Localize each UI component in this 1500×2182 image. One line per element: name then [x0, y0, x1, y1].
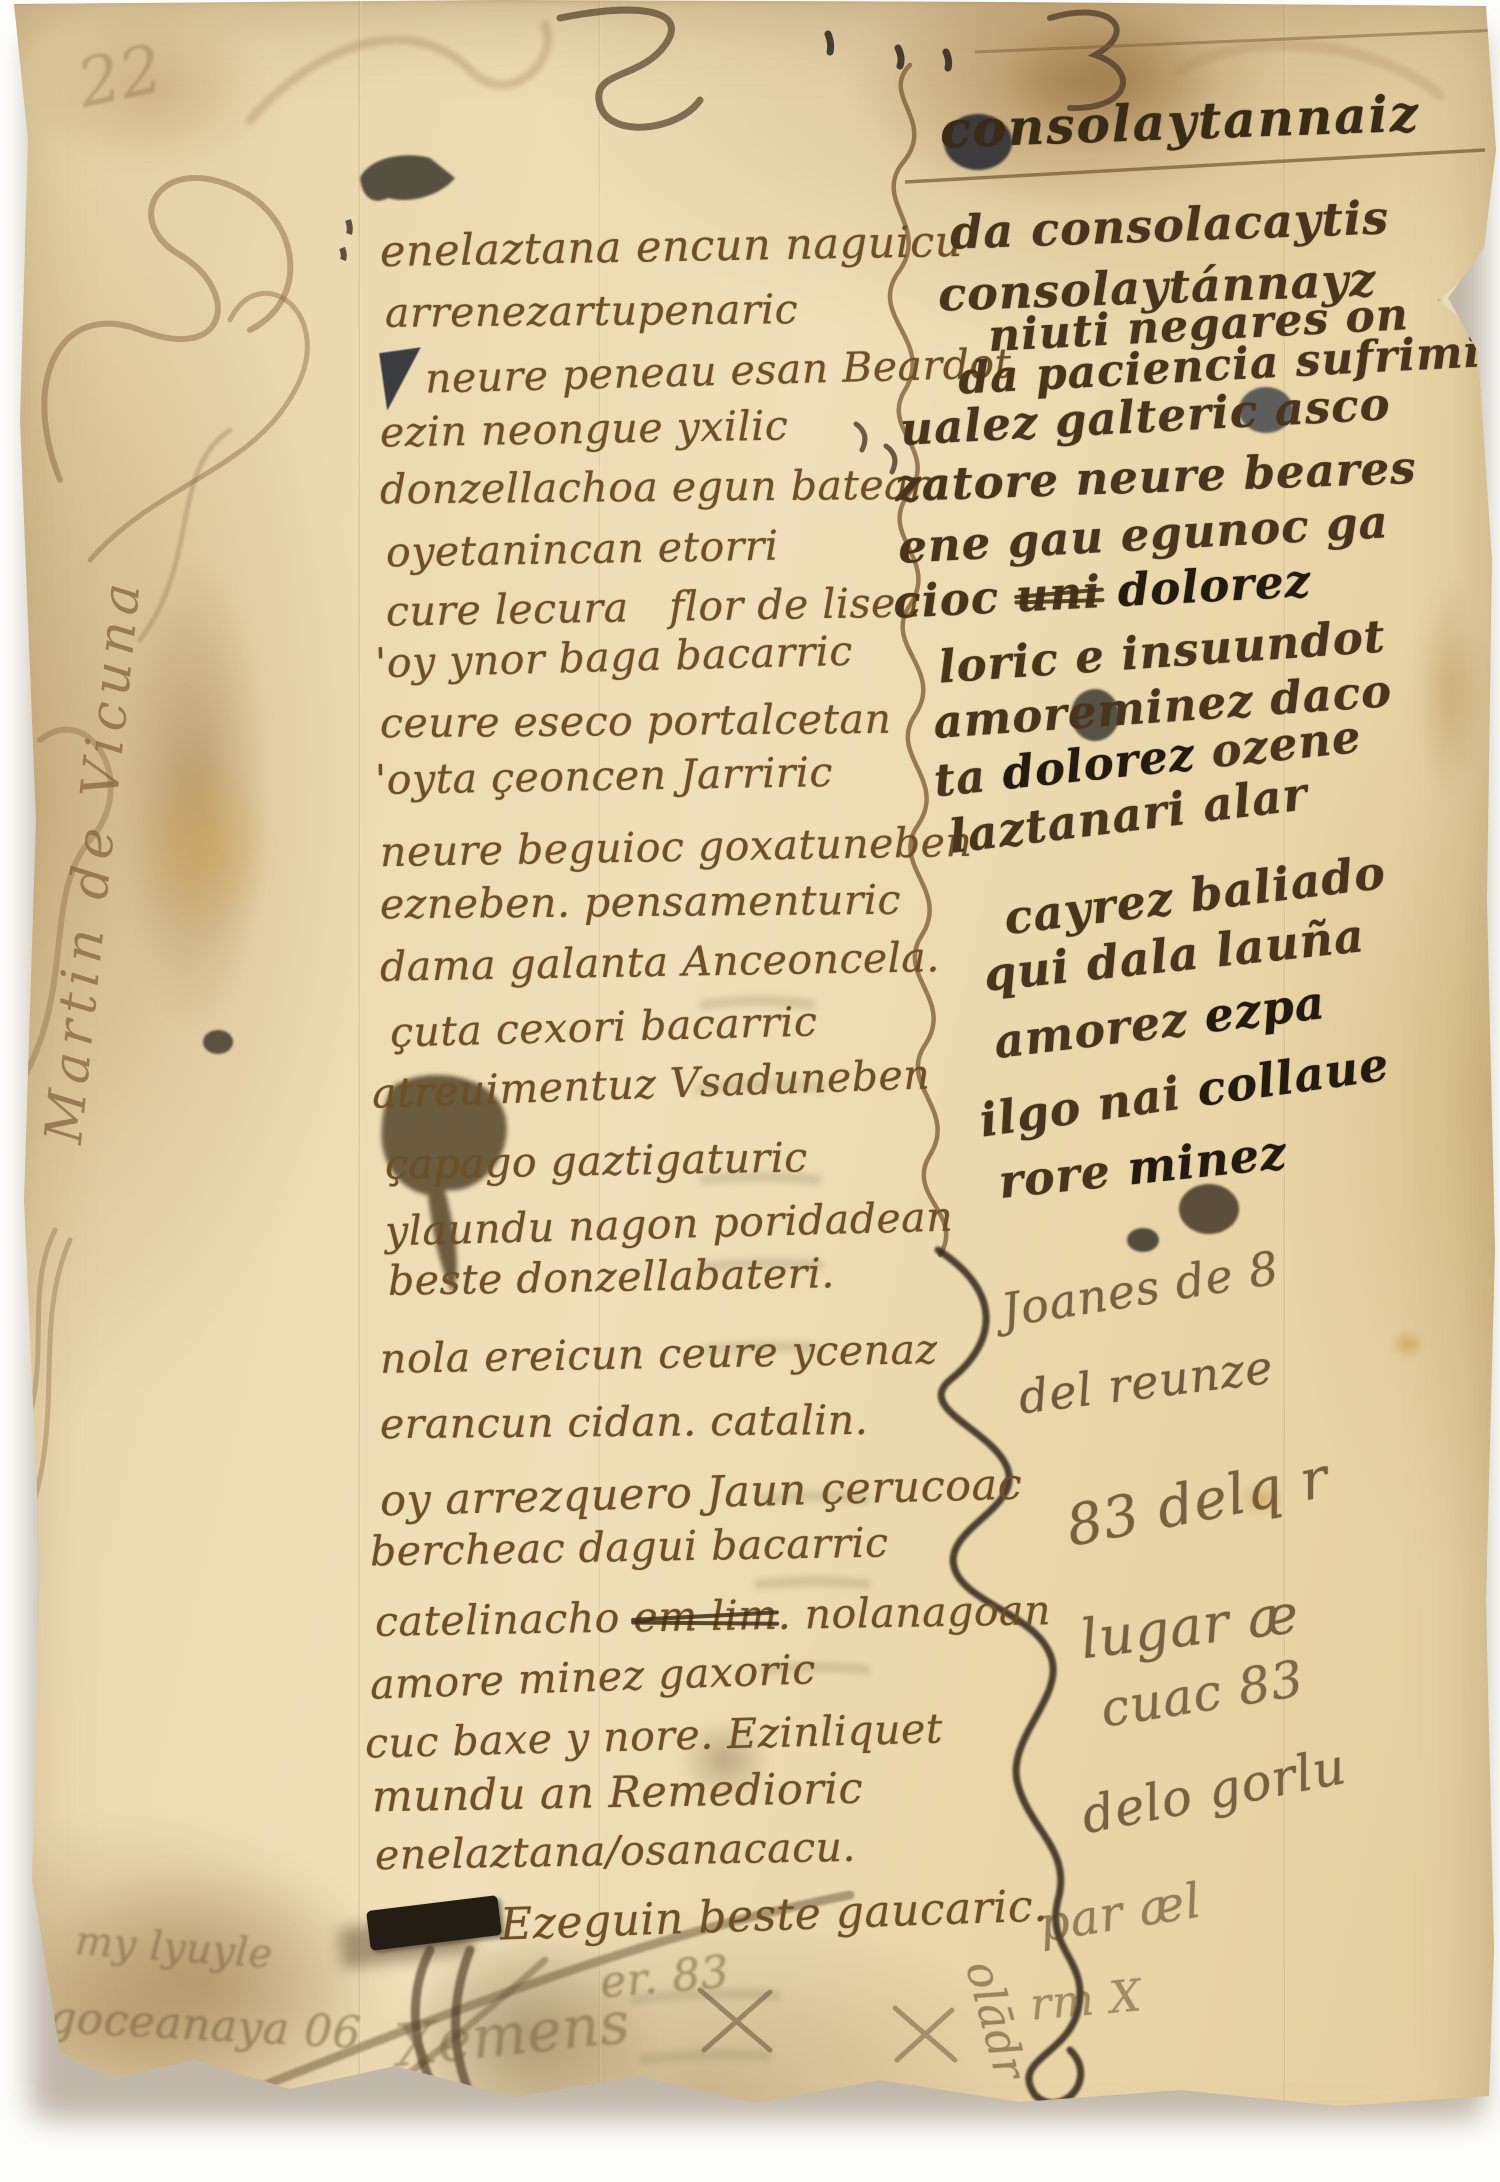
manuscript-line-left: beste donzellabateri. [388, 1249, 836, 1305]
word: ta [931, 747, 1005, 807]
stain-fox-spot-2 [1390, 1330, 1426, 1358]
manuscript-line-left: oy arrezquero Jaun çerucoac [379, 1460, 1022, 1527]
word: er. 83 [598, 1946, 731, 2008]
word: cuc baxe y nore. Ezinliquet [364, 1704, 943, 1767]
manuscript-line-left: 'oyta çeoncen Jarriric [375, 748, 834, 804]
word: cioc [892, 570, 1017, 629]
edge-blot [1127, 1228, 1159, 1252]
manuscript-line-left: 'oy ynor baga bacarric [374, 627, 853, 687]
manuscript-line-left: dama galanta Anceoncela. [380, 933, 941, 991]
manuscript-line-left: cuc baxe y nore. Ezinliquet [364, 1704, 943, 1767]
overwritten-word: minez [1125, 1125, 1290, 1195]
stain-right-edge [1415, 580, 1485, 800]
signature-scrawl: delo gorlu [1077, 1737, 1351, 1845]
triangle-ink-marker [379, 347, 429, 410]
manuscript-line-left: Ezeguin beste gaucaric. [499, 1880, 1048, 1950]
word: enelaztana encun naguicu [380, 217, 964, 277]
tiny-dots [342, 220, 350, 260]
word: enelaztana/osanacacu. [375, 1823, 857, 1879]
word: 'oyta çeoncen Jarriric [375, 748, 834, 804]
word: dama galanta Anceoncela. [380, 933, 941, 991]
bottom-scribble: er. 83 [598, 1946, 731, 2008]
word: del reunze [1016, 1340, 1277, 1425]
signature-scrawl: par æl [1035, 1873, 1206, 1954]
word: ezin neongue yxilic [380, 401, 789, 456]
overwritten-word: ezpa [1201, 975, 1328, 1043]
word: çuta cexori bacarric [389, 997, 818, 1056]
arrow-blob [360, 155, 455, 201]
manuscript-line-left: arrenezartupenaric [385, 285, 799, 337]
redaction-bar [366, 1895, 502, 1951]
word: par æl [1035, 1873, 1206, 1954]
word: ylaundu nagon poridadean [384, 1193, 953, 1256]
small-blot [203, 1030, 233, 1054]
word: catelinacho [375, 1593, 634, 1646]
word: 83 delq r [1061, 1445, 1334, 1559]
word: çapago gaztigaturic [385, 1133, 808, 1188]
word: goceanaya 06 [47, 1992, 362, 2059]
manuscript-line-left: ezneben. pensamenturic [380, 876, 901, 929]
bottom-scribble: Xemens [392, 1988, 633, 2080]
manuscript-line-left: nola ereicun ceure ycenaz [380, 1325, 938, 1383]
manuscript-line-left: atreuimentuz Vsaduneben [371, 1050, 931, 1117]
word: neure beguioc goxatuneben [380, 818, 973, 876]
word: mundu an Remedioric [372, 1764, 864, 1823]
word: ilgo nai [976, 1063, 1201, 1147]
bottom-scribble: goceanaya 06 [47, 1992, 362, 2059]
overwritten-word: collaue [1194, 1037, 1393, 1117]
word: oyetanincan etorri [386, 522, 779, 577]
signature-scrawl: rm X [1028, 1970, 1144, 2031]
folio-number: 22 [71, 30, 169, 123]
manuscript-line-left: ezin neongue yxilic [380, 401, 789, 456]
manuscript-line-left: mundu an Remedioric [372, 1764, 864, 1823]
manuscript-line-left: çapago gaztigaturic [385, 1133, 808, 1188]
word: nola ereicun ceure ycenaz [380, 1325, 938, 1383]
word: arrenezartupenaric [385, 285, 799, 337]
manuscript-line-left: enelaztana/osanacacu. [375, 1823, 857, 1879]
manuscript-line-left: neure beguioc goxatuneben [380, 818, 973, 876]
minez-blot [1179, 1184, 1239, 1234]
manuscript-line-left: çuta cexori bacarric [389, 997, 818, 1056]
manuscript-page: 22 consolaytannaiz Martin de Vicuna enel… [0, 0, 1500, 2182]
word: oy arrezquero Jaun çerucoac [379, 1460, 1022, 1527]
signature-scrawl: Joanes de 8 [998, 1240, 1283, 1337]
fold-crease-left [358, 0, 362, 2182]
word: Xemens [392, 1988, 633, 2080]
poem-title: consolaytannaiz [939, 84, 1421, 160]
stain-yellow [140, 760, 270, 940]
struck-word: em lim [633, 1591, 778, 1642]
signature-scrawl: del reunze [1016, 1340, 1277, 1425]
manuscript-line-left: ylaundu nagon poridadean [384, 1193, 953, 1256]
word: rore [996, 1142, 1130, 1209]
word: amore minez gaxoric [369, 1645, 816, 1709]
word: Joanes de 8 [998, 1240, 1283, 1337]
manuscript-scan: 22 consolaytannaiz Martin de Vicuna enel… [0, 0, 1500, 2182]
margin-signature: Martin de Vicuna [34, 185, 194, 1146]
word: 'oy ynor baga bacarric [374, 627, 853, 687]
signature-scrawl: 83 delq r [1061, 1445, 1334, 1559]
word: my lyuyle [74, 1918, 275, 1978]
word: olādr [955, 1955, 1036, 2085]
word: da consolacaytis [949, 190, 1390, 259]
manuscript-line-left: oyetanincan etorri [386, 522, 779, 577]
word: ezneben. pensamenturic [380, 876, 901, 929]
word: bercheac dagui bacarric [370, 1518, 889, 1575]
manuscript-line-left: neure peneau esan Beardot [424, 339, 1012, 402]
word: atreuimentuz Vsaduneben [371, 1050, 931, 1117]
overwritten-word: dolorez [1116, 554, 1312, 617]
manuscript-line-left: erancun cidan. catalin. [380, 1396, 869, 1448]
manuscript-line-left: catelinacho em lim. nolanagoan [375, 1586, 1052, 1646]
manuscript-line-left: amore minez gaxoric [369, 1645, 816, 1709]
bottom-scribble: my lyuyle [74, 1918, 275, 1978]
word: Ezeguin beste gaucaric. [499, 1880, 1048, 1950]
manuscript-line-left: ceure eseco portalcetan [380, 695, 892, 747]
word: . nolanagoan [777, 1586, 1051, 1639]
signature-scrawl: olādr [955, 1955, 1036, 2085]
word: ceure eseco portalcetan [380, 695, 892, 747]
word: rm X [1028, 1970, 1144, 2031]
word: delo gorlu [1077, 1737, 1351, 1845]
manuscript-line-left: bercheac dagui bacarric [370, 1518, 889, 1575]
word: beste donzellabateri. [388, 1249, 836, 1305]
struck-word: uni [1014, 565, 1102, 622]
word: neure peneau esan Beardot [424, 339, 1012, 402]
manuscript-line-left: donzellachoa egun batean [380, 461, 936, 514]
word: erancun cidan. catalin. [380, 1396, 869, 1448]
manuscript-line-right: da consolacaytis [949, 190, 1390, 259]
word: amorez [991, 990, 1208, 1069]
manuscript-line-left: enelaztana encun naguicu [380, 217, 964, 277]
word: donzellachoa egun batean [380, 461, 936, 514]
